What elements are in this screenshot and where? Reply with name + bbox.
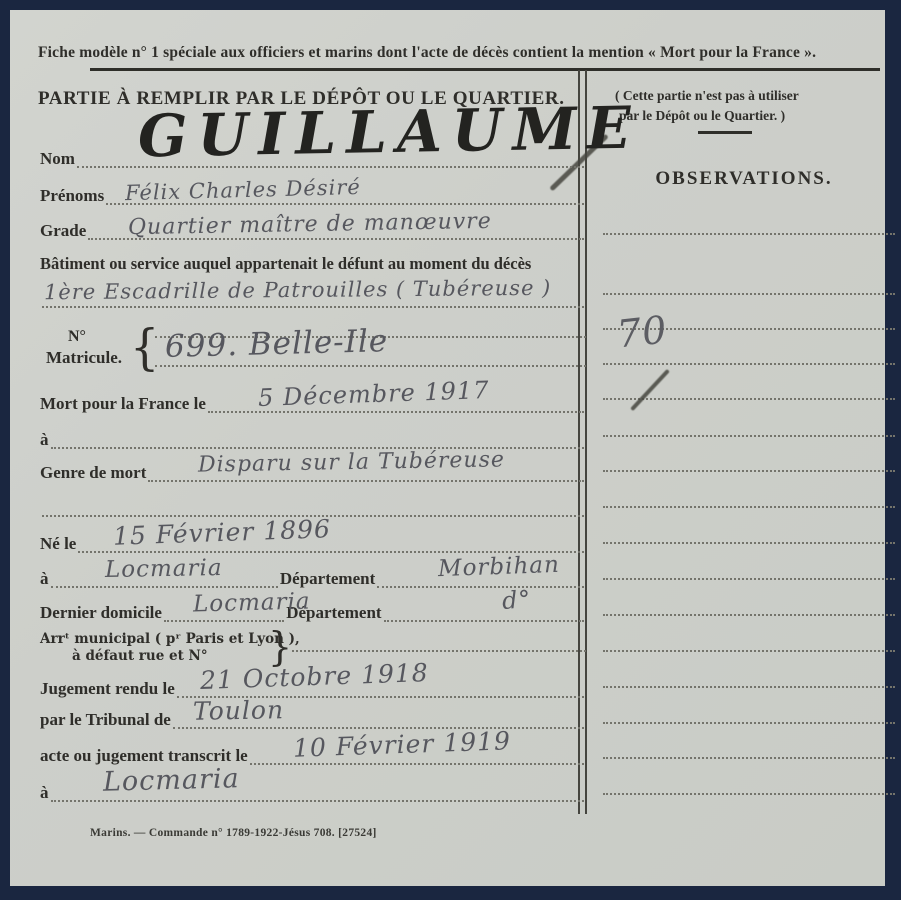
observations-rule <box>603 685 895 688</box>
genre-mort-label: Genre de mort <box>40 464 146 482</box>
observations-rule <box>603 505 895 508</box>
observations-rule <box>603 362 895 365</box>
ne-a-value: Locmaria <box>105 555 223 583</box>
observations-handwritten-number: 70 <box>615 307 670 356</box>
observations-rule <box>603 469 895 472</box>
grade-label: Grade <box>40 222 86 240</box>
right-note-rule <box>698 131 752 134</box>
arr-municipal-label-line1: Arrᵗ municipal ( pʳ Paris et Lyon ), <box>40 631 300 647</box>
genre-mort-rule <box>148 479 584 482</box>
tribunal-label: par le Tribunal de <box>40 711 171 729</box>
domicile-departement-value: d° <box>501 585 532 615</box>
batiment-label: Bâtiment ou service auquel appartenait l… <box>40 254 586 274</box>
observations-rule <box>603 756 895 759</box>
right-note-line1: ( Cette partie n'est pas à utiliser <box>615 86 885 106</box>
ne-a-label: à <box>40 570 49 588</box>
card-paper: Fiche modèle n° 1 spéciale aux officiers… <box>10 10 885 886</box>
ne-le-rule <box>78 550 584 553</box>
header-underline <box>90 68 880 71</box>
ne-le-label: Né le <box>40 535 76 553</box>
observations-rule <box>603 721 895 724</box>
batiment-rule <box>42 305 584 308</box>
footer-imprint: Marins. — Commande n° 1789-1922-Jésus 70… <box>90 827 377 839</box>
domicile-value: Locmaria <box>193 588 311 617</box>
observations-rule <box>603 232 895 235</box>
genre-mort-value: Disparu sur la Tubéreuse <box>198 447 505 477</box>
arr-municipal-label-line2: à défaut rue et N° <box>72 648 208 664</box>
nom-value: GUILLAUME <box>137 94 641 171</box>
nom-label: Nom <box>40 150 75 168</box>
mort-a-label: à <box>40 431 49 449</box>
observations-rule <box>603 397 895 400</box>
observations-rule <box>603 541 895 544</box>
scanned-record-card: Fiche modèle n° 1 spéciale aux officiers… <box>0 0 901 900</box>
matricule-label-line2: Matricule. <box>46 348 122 368</box>
matricule-value: 699. Belle-Ile <box>165 323 389 365</box>
right-note-line2: par le Dépôt ou le Quartier. ) <box>615 106 885 126</box>
observations-rule <box>603 792 895 795</box>
matricule-label-line1: N° <box>68 328 86 346</box>
domicile-rule <box>164 619 284 622</box>
ne-departement-value: Morbihan <box>438 552 561 582</box>
tribunal-rule <box>173 726 584 729</box>
arr-municipal-rule <box>292 650 586 652</box>
observations-rule <box>603 577 895 580</box>
batiment-value: 1ère Escadrille de Patrouilles ( Tubéreu… <box>44 276 552 304</box>
observations-rule <box>603 434 895 437</box>
ne-departement-rule <box>377 585 584 588</box>
domicile-label: Dernier domicile <box>40 604 162 622</box>
matricule-rule-2 <box>155 365 586 367</box>
ne-a-rule <box>51 585 278 588</box>
prenoms-label: Prénoms <box>40 187 104 205</box>
observations-title: OBSERVATIONS. <box>593 168 895 190</box>
ne-departement-label: Département <box>280 570 375 588</box>
transcrit-a-label: à <box>40 784 49 802</box>
header-note: Fiche modèle n° 1 spéciale aux officiers… <box>38 44 883 62</box>
observations-rule <box>603 649 895 652</box>
domicile-departement-rule <box>384 619 584 622</box>
mort-le-label: Mort pour la France le <box>40 395 206 413</box>
empty-rule-row <box>40 495 586 517</box>
field-row-mort-a: à <box>40 427 586 449</box>
observations-rule <box>603 613 895 616</box>
tribunal-value: Toulon <box>193 695 285 726</box>
transcrit-a-rule <box>51 799 585 802</box>
observations-rule <box>603 292 895 295</box>
jugement-label: Jugement rendu le <box>40 680 175 698</box>
observations-slash-mark <box>630 369 670 411</box>
transcrit-a-value: Locmaria <box>103 763 240 798</box>
matricule-brace: { <box>130 323 159 371</box>
right-note: ( Cette partie n'est pas à utiliser par … <box>615 86 885 125</box>
arr-municipal-brace: } <box>268 627 292 667</box>
transcrit-label: acte ou jugement transcrit le <box>40 747 248 765</box>
